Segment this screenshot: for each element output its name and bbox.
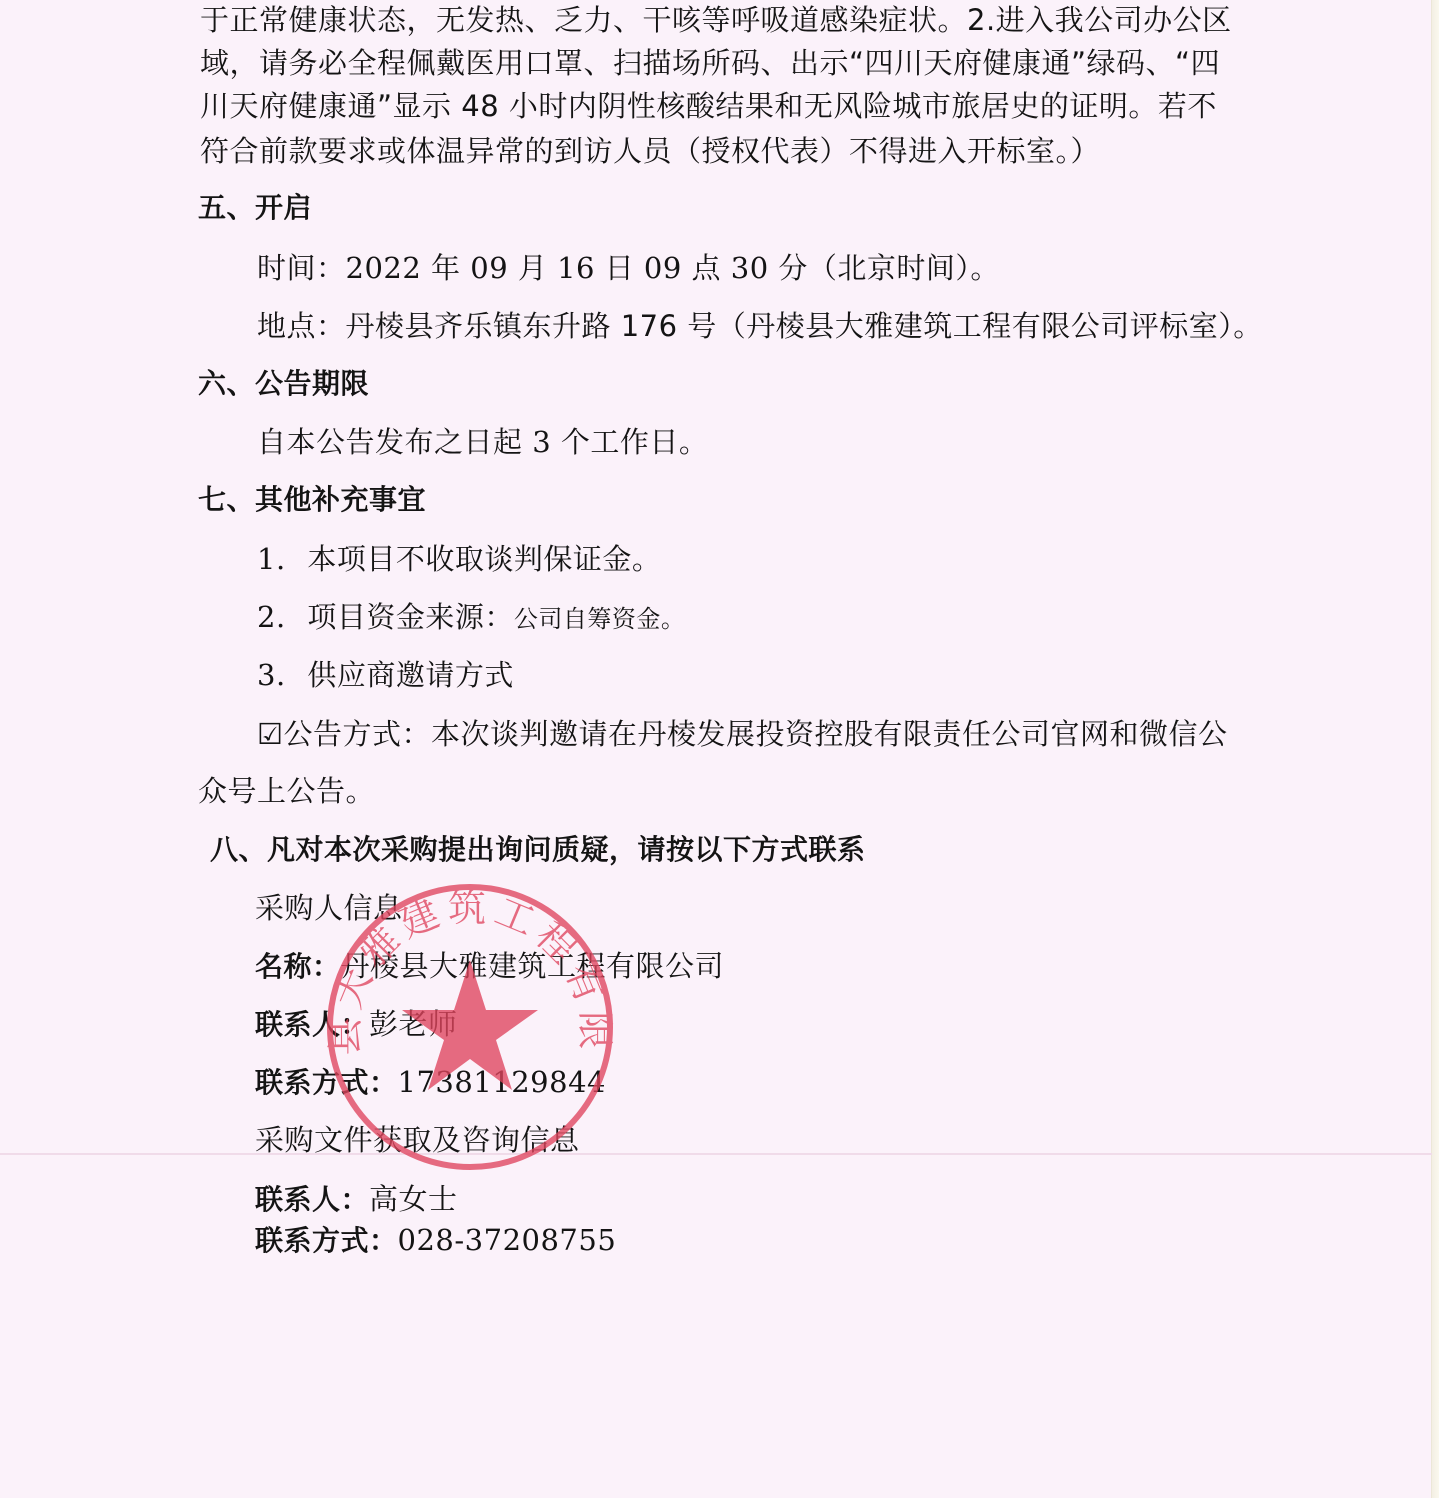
item-extra: 公司自筹资金。 — [514, 605, 686, 633]
section-8-heading: 八、凡对本次采购提出询问质疑，请按以下方式联系 — [210, 832, 866, 868]
supplement-item-3: 3. 供应商邀请方式 — [257, 657, 514, 693]
intro-line-1: 于正常健康状态，无发热、乏力、干咳等呼吸道感染症状。2.进入我公司办公区 — [200, 2, 1205, 38]
section-5-heading: 五、开启 — [198, 190, 312, 226]
item-number: 3. — [257, 658, 286, 692]
intro-line-4: 符合前款要求或体温异常的到访人员（授权代表）不得进入开标室。） — [200, 133, 1100, 169]
supplement-item-1: 1. 本项目不收取谈判保证金。 — [257, 541, 661, 577]
document-info-title: 采购文件获取及咨询信息 — [255, 1122, 580, 1158]
item-number: 1. — [257, 542, 286, 576]
section-7-heading: 七、其他补充事宜 — [198, 482, 426, 518]
intro-line-3: 川天府健康通”显示 48 小时内阴性核酸结果和无风险城市旅居史的证明。若不 — [200, 88, 1205, 124]
name-label: 名称： — [255, 950, 341, 983]
document-phone: 联系方式：028-37208755 — [255, 1222, 616, 1259]
contact-value: 高女士 — [369, 1182, 458, 1216]
checkbox-checked-icon: ☑ — [257, 717, 284, 751]
notice-method-text: 公告方式：本次谈判邀请在丹棱发展投资控股有限责任公司官网和微信公 — [284, 717, 1228, 751]
purchaser-contact: 联系人：彭老师 — [255, 1006, 458, 1043]
document-contact: 联系人：高女士 — [255, 1181, 458, 1218]
notice-period: 自本公告发布之日起 3 个工作日。 — [257, 424, 708, 460]
phone-value: 17381129844 — [398, 1065, 606, 1099]
page-edge — [1431, 0, 1439, 1498]
item-number: 2. — [257, 600, 286, 634]
notice-method-continued: 众号上公告。 — [198, 773, 375, 809]
scan-seam — [0, 1153, 1432, 1155]
purchaser-phone: 联系方式：17381129844 — [255, 1064, 606, 1101]
notice-method: ☑公告方式：本次谈判邀请在丹棱发展投资控股有限责任公司官网和微信公 — [257, 716, 1205, 752]
phone-label: 联系方式： — [255, 1224, 398, 1257]
contact-label: 联系人： — [255, 1183, 369, 1216]
supplement-item-2: 2. 项目资金来源：公司自筹资金。 — [257, 599, 685, 637]
item-text: 供应商邀请方式 — [307, 658, 514, 692]
section-6-heading: 六、公告期限 — [198, 366, 369, 402]
intro-line-2: 域，请务必全程佩戴医用口罩、扫描场所码、出示“四川天府健康通”绿码、“四 — [200, 45, 1205, 81]
item-text: 本项目不收取谈判保证金。 — [307, 542, 661, 576]
contact-value: 彭老师 — [369, 1007, 458, 1041]
name-value: 丹棱县大雅建筑工程有限公司 — [341, 949, 725, 983]
contact-label: 联系人： — [255, 1008, 369, 1041]
opening-location: 地点：丹棱县齐乐镇东升路 176 号（丹棱县大雅建筑工程有限公司评标室）。 — [257, 308, 1205, 344]
purchaser-info-title: 采购人信息 — [255, 890, 403, 926]
item-text: 项目资金来源： — [307, 600, 514, 634]
phone-value: 028-37208755 — [398, 1223, 617, 1257]
purchaser-name: 名称：丹棱县大雅建筑工程有限公司 — [255, 948, 724, 985]
opening-time: 时间：2022 年 09 月 16 日 09 点 30 分（北京时间）。 — [257, 250, 1000, 286]
phone-label: 联系方式： — [255, 1066, 398, 1099]
